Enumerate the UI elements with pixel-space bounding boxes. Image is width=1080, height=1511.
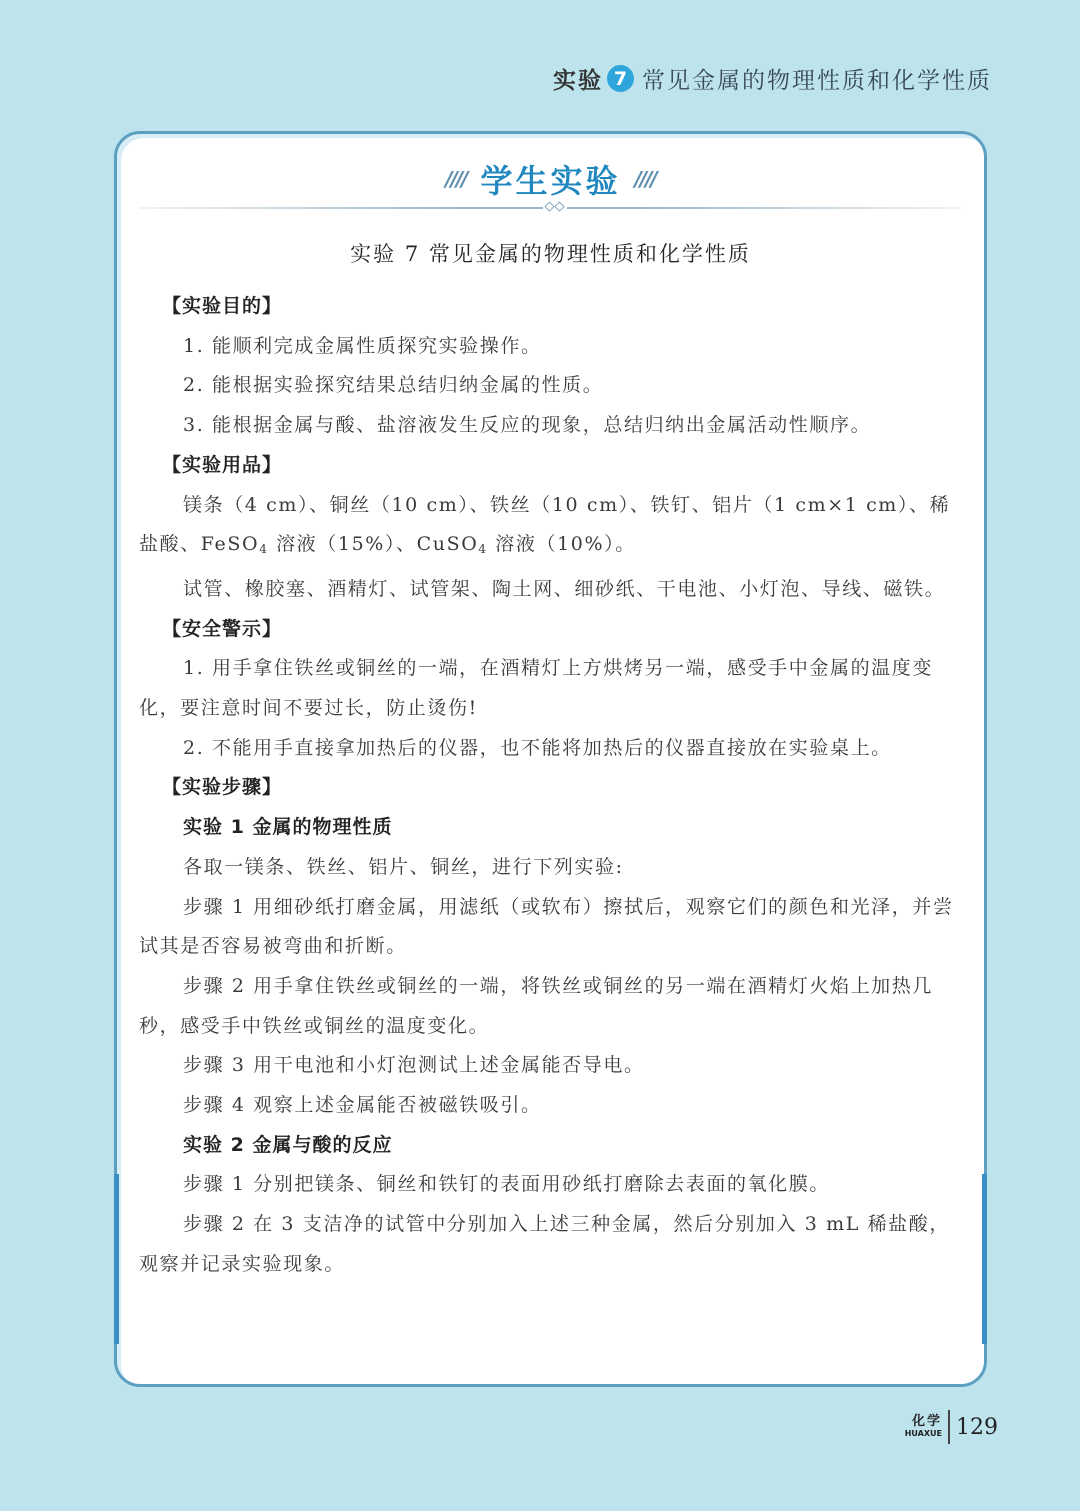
heading-steps: 【实验步骤】 <box>139 768 964 808</box>
materials-chemicals: 镁条（4 cm）、铜丝（10 cm）、铁丝（10 cm）、铁钉、铝片（1 cm×… <box>139 486 964 570</box>
experiment-1-step: 步骤 2 用手拿住铁丝或铜丝的一端，将铁丝或铜丝的另一端在酒精灯火焰上加热几秒，… <box>139 967 964 1046</box>
right-slash-decoration-icon: //// <box>635 167 656 191</box>
experiment-card: //// 学生实验 //// ◇◇ 实验 7 常见金属的物理性质和化学性质 【实… <box>114 131 987 1387</box>
running-head: 实验 7 常见金属的物理性质和化学性质 <box>553 62 992 95</box>
section-banner: //// 学生实验 //// <box>117 156 984 202</box>
experiment-1-title: 实验 1 金属的物理性质 <box>139 808 964 848</box>
materials-text: 溶液（10%）。 <box>488 533 636 555</box>
experiment-2-step: 步骤 2 在 3 支洁净的试管中分别加入上述三种金属，然后分别加入 3 mL 稀… <box>139 1205 964 1284</box>
purpose-item: 1. 能顺利完成金属性质探究实验操作。 <box>139 327 964 367</box>
diamond-ornament-icon: ◇◇ <box>543 200 567 214</box>
card-left-accent <box>114 1174 119 1344</box>
experiment-2-step: 步骤 1 分别把镁条、铜丝和铁钉的表面用砂纸打磨除去表面的氧化膜。 <box>139 1165 964 1205</box>
heading-purpose: 【实验目的】 <box>139 287 964 327</box>
materials-text: 溶液（15%）、CuSO <box>268 533 478 555</box>
experiment-1-step: 步骤 1 用细砂纸打磨金属，用滤纸（或软布）擦拭后，观察它们的颜色和光泽，并尝试… <box>139 888 964 967</box>
experiment-1-step: 步骤 4 观察上述金属能否被磁铁吸引。 <box>139 1086 964 1126</box>
safety-item: 1. 用手拿住铁丝或铜丝的一端，在酒精灯上方烘烤另一端，感受手中金属的温度变化，… <box>139 649 964 728</box>
page-footer: 化学 HUAXUE 129 <box>905 1410 998 1444</box>
heading-materials: 【实验用品】 <box>139 446 964 486</box>
subject-cn: 化学 <box>905 1415 942 1429</box>
document-title: 实验 7 常见金属的物理性质和化学性质 <box>117 238 984 268</box>
experiment-2-title: 实验 2 金属与酸的反应 <box>139 1126 964 1166</box>
purpose-item: 3. 能根据金属与酸、盐溶液发生反应的现象，总结归纳出金属活动性顺序。 <box>139 406 964 446</box>
banner-title: 学生实验 <box>480 156 620 202</box>
running-head-prefix: 实验 <box>553 62 603 95</box>
purpose-item: 2. 能根据实验探究结果总结归纳金属的性质。 <box>139 366 964 406</box>
footer-separator <box>948 1410 950 1444</box>
subject-label: 化学 HUAXUE <box>905 1415 942 1439</box>
subject-en: HUAXUE <box>905 1429 942 1439</box>
running-head-title: 常见金属的物理性质和化学性质 <box>642 62 992 95</box>
card-right-accent <box>982 1174 987 1344</box>
experiment-number-badge: 7 <box>607 65 634 92</box>
page-number: 129 <box>956 1415 998 1440</box>
experiment-1-step: 步骤 3 用干电池和小灯泡测试上述金属能否导电。 <box>139 1046 964 1086</box>
materials-apparatus: 试管、橡胶塞、酒精灯、试管架、陶土网、细砂纸、干电池、小灯泡、导线、磁铁。 <box>139 570 964 610</box>
heading-safety: 【安全警示】 <box>139 610 964 650</box>
left-slash-decoration-icon: //// <box>445 167 466 191</box>
safety-item: 2. 不能用手直接拿加热后的仪器，也不能将加热后的仪器直接放在实验桌上。 <box>139 729 964 769</box>
subscript: 4 <box>478 542 487 556</box>
document-body: 【实验目的】 1. 能顺利完成金属性质探究实验操作。 2. 能根据实验探究结果总… <box>139 287 964 1285</box>
experiment-1-intro: 各取一镁条、铁丝、铝片、铜丝，进行下列实验: <box>139 848 964 888</box>
